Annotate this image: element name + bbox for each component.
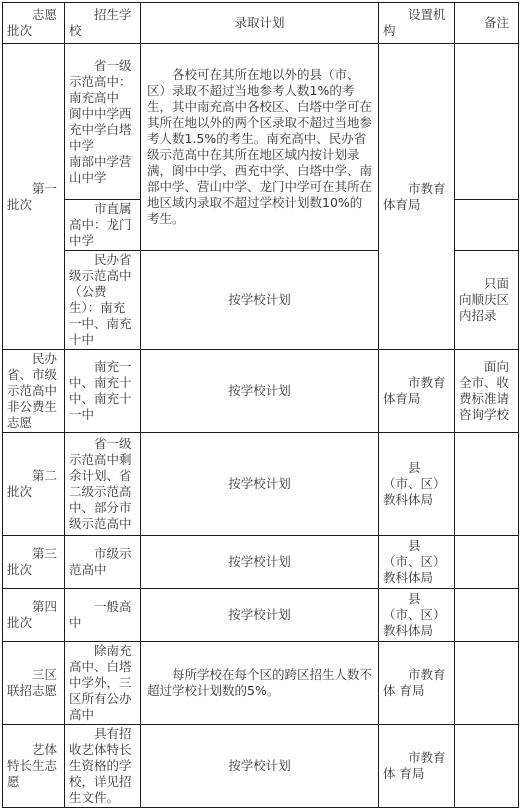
- school-cell: 南充一中、南充十中、南充十一中: [65, 350, 141, 433]
- school-cell: 具有招收艺体特长生资格的学校，详见招生文件。: [65, 725, 141, 780]
- note-cell: [455, 433, 519, 536]
- org-cell: 县（市、区）教科体局: [379, 433, 455, 536]
- note-cell: [455, 44, 519, 200]
- school-cell: 一般高中: [65, 589, 141, 642]
- batch-cell: 艺体特长生志愿: [3, 725, 65, 780]
- batch-cell: 第四批次: [3, 589, 65, 642]
- table-row: 第四批次 一般高中 按学校计划 县（市、区）教科体局: [3, 589, 519, 642]
- header-org: 设置机构: [379, 3, 455, 44]
- school-cell: 省一级示范高中剩余计划、省二级示范高中、部分市级示范高中: [65, 433, 141, 536]
- plan-cell: 按学校计划: [141, 725, 379, 780]
- table-row: 第一批次 省一级示范高中： 南充高中 阆中中学西充中学白塔中学 南部中学营山中学…: [3, 44, 519, 200]
- note-cell: [455, 536, 519, 589]
- plan-cell: 按学校计划: [141, 251, 379, 350]
- org-cell: 县（市、区）教科体局: [379, 536, 455, 589]
- table-row: 第二批次 省一级示范高中剩余计划、省二级示范高中、部分市级示范高中 按学校计划 …: [3, 433, 519, 536]
- school-cell: 省一级示范高中： 南充高中 阆中中学西充中学白塔中学 南部中学营山中学: [65, 44, 141, 200]
- plan-cell: 各校可在其所在地以外的县（市、区）录取不超过当地参考人数1%的考生，其中南充高中…: [141, 44, 379, 251]
- table-row: 三区联招志愿 除南充高中、白塔中学外，三区所有公办高中 每所学校在每个区的跨区招…: [3, 642, 519, 725]
- plan-cell: 每所学校在每个区的跨区招生人数不超过学校计划数的5%。: [141, 642, 379, 725]
- batch-cell: 第一批次: [3, 44, 65, 350]
- header-batch: 志愿批次: [3, 3, 65, 44]
- table-row: 民办省、市级示范高中非公费生志愿 南充一中、南充十中、南充十一中 按学校计划 市…: [3, 350, 519, 433]
- school-cell: 市级示范高中: [65, 536, 141, 589]
- header-row: 志愿批次 招生学校 录取计划 设置机构 备注: [3, 3, 519, 44]
- org-cell: 县（市、区）教科体局: [379, 589, 455, 642]
- org-cell: 市教育体育局: [379, 350, 455, 433]
- plan-cell: 按学校计划: [141, 350, 379, 433]
- note-cell: [455, 589, 519, 642]
- school-cell: 市直属高中：龙门中学: [65, 200, 141, 251]
- org-cell: 市教育体 育局: [379, 725, 455, 780]
- school-cell: 民办省级示范高中（公费生）：南充一中、南充十中: [65, 251, 141, 350]
- table-row: 艺体特长生志愿 具有招收艺体特长生资格的学校，详见招生文件。 按学校计划 市教育…: [3, 725, 519, 780]
- school-cell: 除南充高中、白塔中学外，三区所有公办高中: [65, 642, 141, 725]
- batch-cell: 民办省、市级示范高中非公费生志愿: [3, 350, 65, 433]
- plan-cell: 按学校计划: [141, 433, 379, 536]
- batch-cell: 第三批次: [3, 536, 65, 589]
- note-cell: 面向全市、收费标准请咨询学校: [455, 350, 519, 433]
- header-note: 备注: [455, 3, 519, 44]
- plan-cell: 按学校计划: [141, 589, 379, 642]
- note-cell: [455, 725, 519, 780]
- admission-plan-table: 志愿批次 招生学校 录取计划 设置机构 备注 第一批次 省一级示范高中： 南充高…: [2, 2, 519, 779]
- note-cell: [455, 642, 519, 725]
- note-cell: 只面向顺庆区内招录: [455, 251, 519, 350]
- batch-cell: 第二批次: [3, 433, 65, 536]
- header-plan: 录取计划: [141, 3, 379, 44]
- header-school: 招生学校: [65, 3, 141, 44]
- batch-cell: 三区联招志愿: [3, 642, 65, 725]
- org-cell: 市教育体 育局: [379, 642, 455, 725]
- plan-cell: 按学校计划: [141, 536, 379, 589]
- table-row: 第三批次 市级示范高中 按学校计划 县（市、区）教科体局: [3, 536, 519, 589]
- org-cell: 市教育体育局: [379, 44, 455, 350]
- note-cell: [455, 200, 519, 251]
